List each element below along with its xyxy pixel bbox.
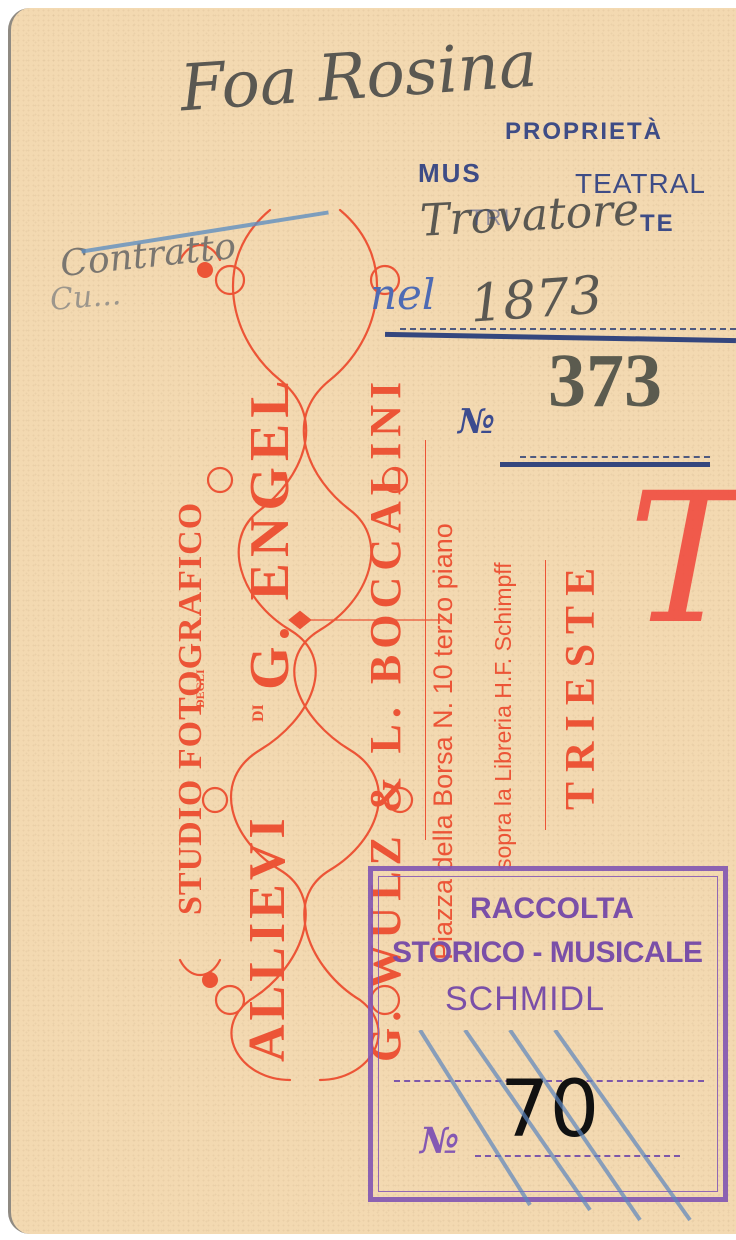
- stamp-schmidl-line1: RACCOLTA: [470, 892, 634, 926]
- imprint-studio-fotografico: STUDIO FOTOGRAFICO: [172, 502, 210, 915]
- stamp-teatrale-line1: PROPRIETÀ: [505, 118, 663, 146]
- imprint-address-sub: sopra la Libreria H.F. Schimpff: [490, 562, 517, 870]
- stamp-teatrale-number: 373: [548, 338, 662, 425]
- stamp-dash: [520, 456, 710, 458]
- handwritten-nel: nel: [370, 270, 435, 319]
- stamp-teatrale-line3-right: TE: [640, 210, 675, 238]
- handwritten-contract-note: Cu...: [49, 277, 123, 318]
- stamp-teatrale-line2-left: MUS: [418, 158, 482, 189]
- stamp-teatrale-line3-left: TRI: [470, 205, 511, 231]
- stamp-teatrale-line2-right: TEATRAL: [575, 168, 706, 200]
- blue-pencil-hatching: [380, 1030, 710, 1230]
- stamp-teatrale-no-label: №: [458, 402, 495, 442]
- stamp-schmidl-line3: SCHMIDL: [445, 980, 605, 1019]
- handwritten-year: 1873: [468, 265, 604, 334]
- red-crayon-mark: T: [628, 470, 736, 650]
- stamp-schmidl-line2: STORICO - MUSICALE: [392, 936, 702, 970]
- imprint-degli: DEGLI: [193, 669, 208, 708]
- stamp-dash: [400, 328, 736, 330]
- rule-line: [425, 440, 426, 840]
- imprint-di: DI: [250, 704, 268, 722]
- imprint-allievi: ALLIEVI: [238, 814, 297, 1062]
- imprint-city: TRIESTE: [557, 558, 605, 810]
- rule-line: [545, 560, 546, 830]
- stamp-rule: [500, 462, 710, 467]
- imprint-engel: G. ENGEL: [238, 374, 302, 690]
